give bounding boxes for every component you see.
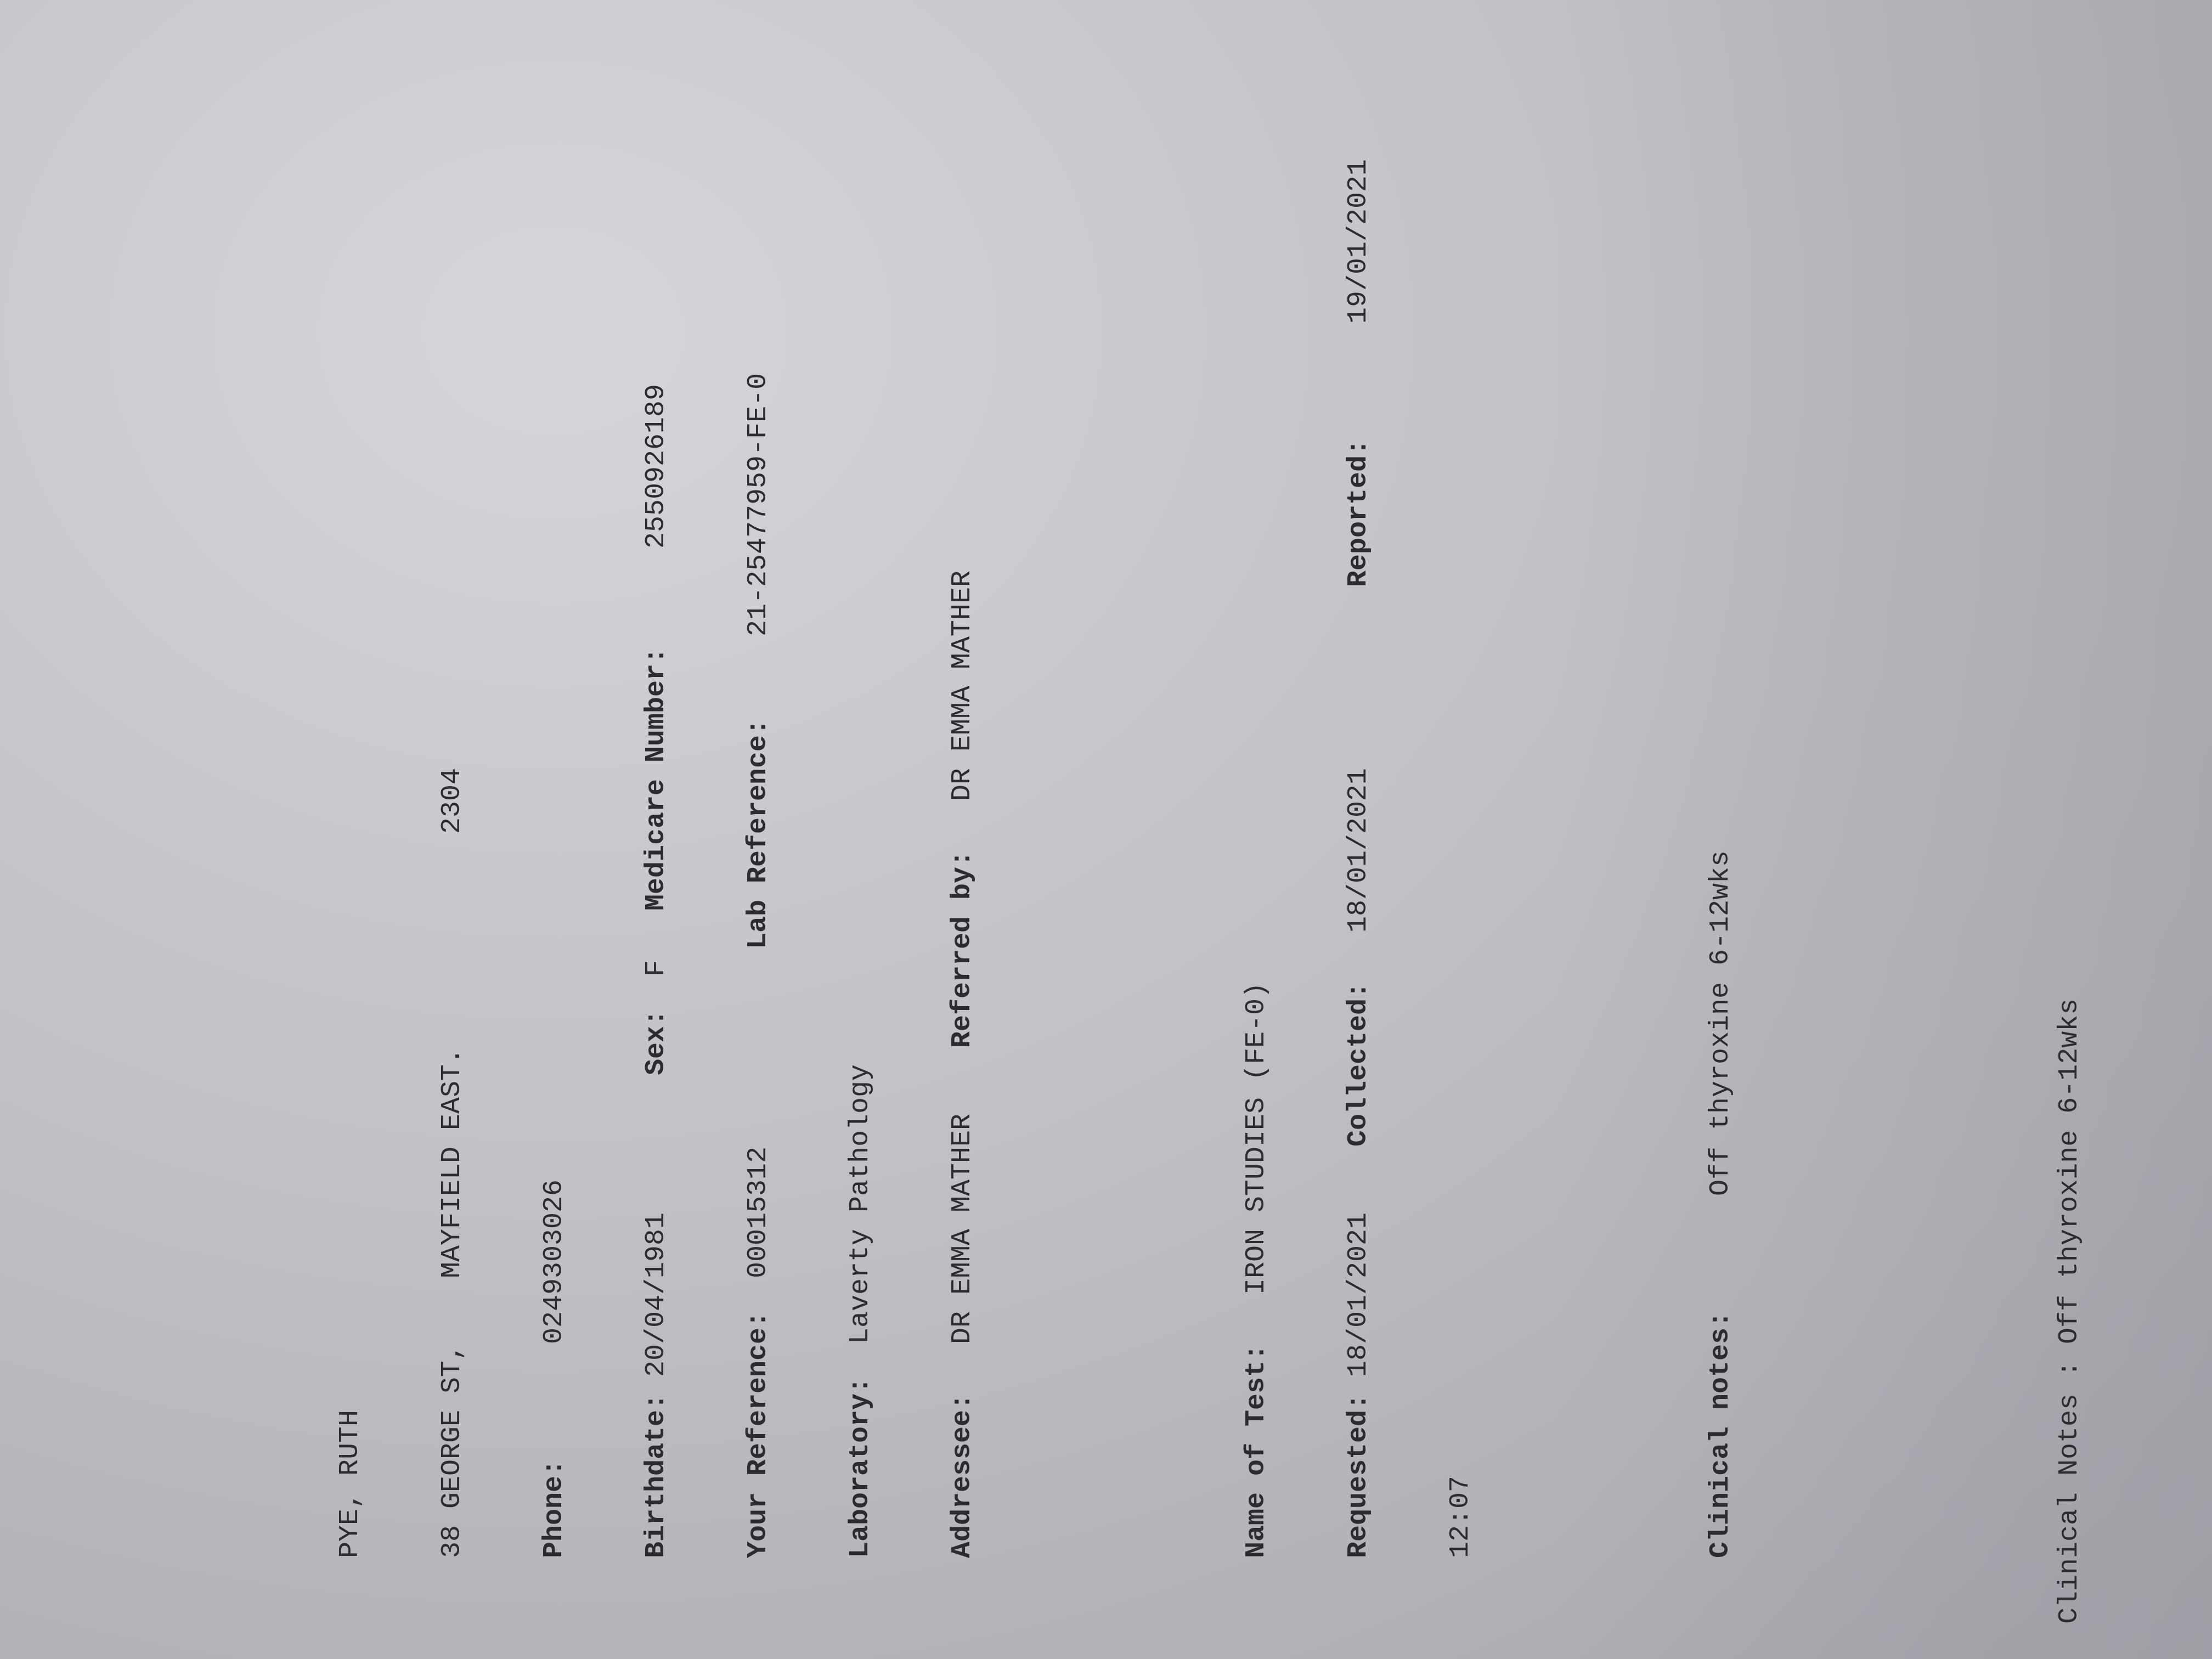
sex-value: F <box>640 911 674 977</box>
your-reference-label: Your Reference: <box>742 1278 776 1558</box>
laboratory-row: Laboratory: Laverty Pathology <box>844 33 878 1624</box>
lab-reference-label: Lab Reference: <box>742 636 776 949</box>
your-reference-value: 00015312 <box>742 949 776 1278</box>
requested-time-row: 12:07 <box>1444 33 1478 1624</box>
test-name-label: Name of Test: <box>1240 1295 1274 1558</box>
reference-row: Your Reference: 00015312 Lab Reference: … <box>742 33 776 1624</box>
sex-label: Sex: <box>640 977 674 1075</box>
phone-value: 0249303026 <box>538 1180 572 1344</box>
patient-name-row: PYE, RUTH <box>334 33 368 1624</box>
test-name-value: IRON STUDIES (FE-0) <box>1240 982 1274 1295</box>
collected-label: Collected: <box>1342 933 1376 1147</box>
reported-value: 19/01/2021 <box>1342 159 1376 324</box>
phone-row: Phone: 0249303026 <box>538 33 572 1624</box>
address-row: 38 GEORGE ST, MAYFIELD EAST. 2304 <box>436 33 470 1624</box>
medicare-label: Medicare Number: <box>640 549 674 911</box>
reported-label: Reported: <box>1342 324 1376 587</box>
phone-label: Phone: <box>538 1344 572 1558</box>
medicare-value: 2550926189 <box>640 384 674 549</box>
collected-value: 18/01/2021 <box>1342 587 1376 933</box>
clinical-notes-row: Clinical notes: Off thyroxine 6-12wks <box>1704 33 1738 1624</box>
birthdate-label: Birthdate: <box>640 1377 674 1558</box>
requested-time: 12:07 <box>1444 1476 1478 1558</box>
requested-row: Requested: 18/01/2021 Collected: 18/01/2… <box>1342 33 1376 1624</box>
addressee-row: Addressee: DR EMMA MATHER Referred by: D… <box>946 33 980 1624</box>
birthdate-value: 20/04/1981 <box>640 1075 674 1377</box>
address-line: 38 GEORGE ST, <box>436 1278 470 1558</box>
patient-name: PYE, RUTH <box>334 1410 368 1558</box>
birthdate-row: Birthdate: 20/04/1981 Sex: F Medicare Nu… <box>640 33 674 1624</box>
results-clinical-notes: Clinical Notes : Off thyroxine 6-12wks <box>2053 33 2087 1624</box>
clinical-notes-label: Clinical notes: <box>1704 1196 1738 1558</box>
addressee-value: DR EMMA MATHER <box>946 1048 980 1344</box>
clinical-notes-value: Off thyroxine 6-12wks <box>1704 850 1738 1196</box>
addressee-label: Addressee: <box>946 1344 980 1558</box>
referred-by-label: Referred by: <box>946 801 980 1048</box>
laboratory-value: Laverty Pathology <box>844 1064 878 1344</box>
pathology-report: PYE, RUTH 38 GEORGE ST, MAYFIELD EAST. 2… <box>198 33 2212 1624</box>
referred-by-value: DR EMMA MATHER <box>946 571 980 801</box>
postcode: 2304 <box>436 768 470 834</box>
lab-reference-value: 21-25477959-FE-0 <box>742 373 776 636</box>
test-name-row: Name of Test: IRON STUDIES (FE-0) <box>1240 33 1274 1624</box>
laboratory-label: Laboratory: <box>844 1344 878 1558</box>
suburb: MAYFIELD EAST. <box>436 834 470 1278</box>
requested-value: 18/01/2021 <box>1342 1147 1376 1377</box>
requested-label: Requested: <box>1342 1377 1376 1558</box>
